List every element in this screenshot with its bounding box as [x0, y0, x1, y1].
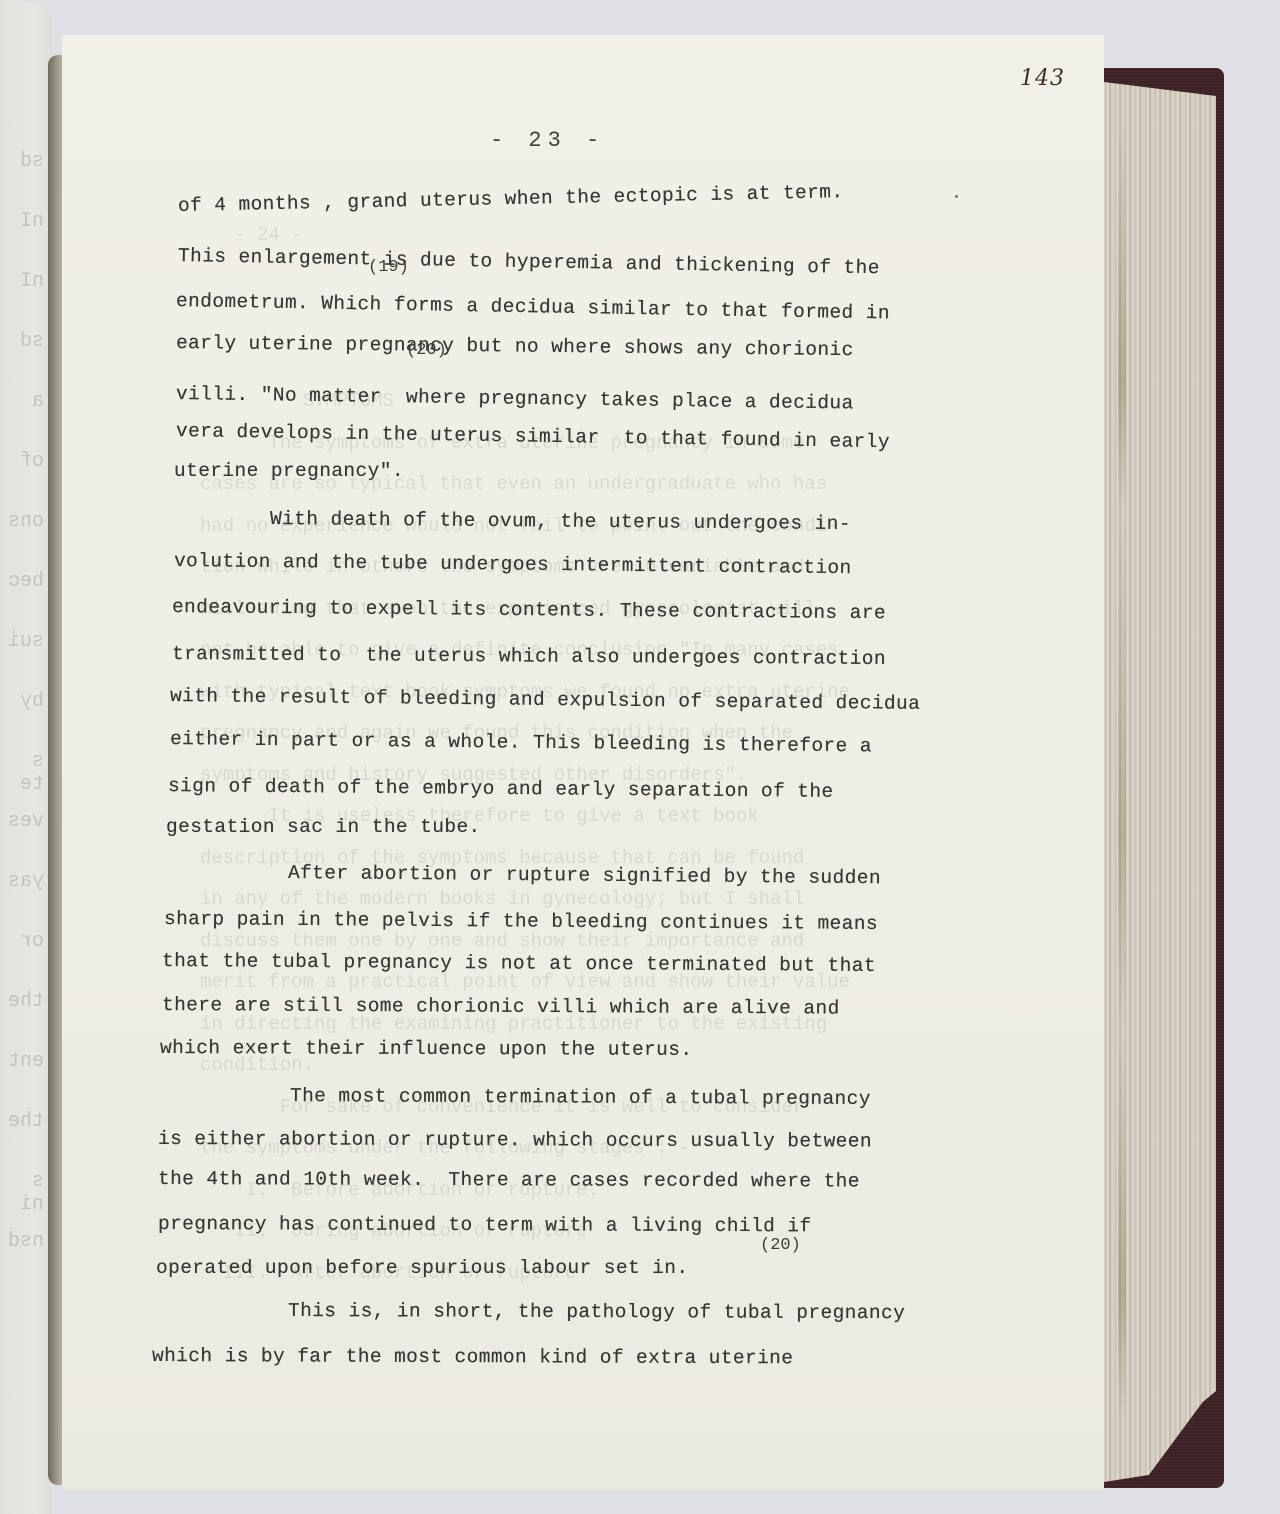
left-page-fragment: nI: [20, 270, 44, 293]
left-page-fragment: or: [20, 930, 44, 953]
left-page-fragment: sui: [8, 630, 44, 653]
left-page-fragment: sd: [20, 330, 44, 353]
left-page-fragment: by: [20, 690, 44, 713]
text-line: pregnancy has continued to term with a l…: [158, 1213, 812, 1237]
left-page-fragment: ent: [8, 1050, 44, 1073]
text-line: which exert their influence upon the ute…: [160, 1037, 693, 1061]
left-page-fragment: nI: [20, 210, 44, 233]
left-page-fragment: of: [20, 450, 44, 473]
text-line: This is, in short, the pathology of tuba…: [288, 1300, 905, 1324]
page-number: - 23 -: [490, 128, 605, 153]
left-page-fragment: the: [8, 990, 44, 1013]
text-line: operated upon before spurious labour set…: [156, 1257, 688, 1279]
left-page-fragment: a: [32, 390, 44, 413]
handwritten-folio-number: 143: [1020, 66, 1065, 91]
ink-speck: [955, 195, 958, 198]
text-line: gestation sac in the tube.: [166, 816, 481, 838]
text-line: uterine pregnancy".: [174, 460, 404, 482]
left-page-fragment: ons: [8, 510, 44, 533]
text-line: is either abortion or rupture. which occ…: [158, 1128, 872, 1152]
previous-leaf-edge: sdnInIsdaofonsbecsuibys tevesyasortheent…: [0, 0, 52, 1514]
footnote-ref: (20): [406, 341, 447, 360]
footnote-ref: (20): [760, 1236, 801, 1255]
left-page-fragment: sd: [20, 150, 44, 173]
text-line: there are still some chorionic villi whi…: [162, 994, 840, 1020]
left-page-fragment: the: [8, 1110, 44, 1133]
left-page-fragment: yas: [8, 870, 44, 893]
text-line: which is by far the most common kind of …: [152, 1345, 793, 1369]
left-page-fragment: s te: [0, 750, 44, 796]
left-page-fragment: nsd: [8, 1230, 44, 1253]
page-fore-edge: [1104, 82, 1216, 1482]
footnote-ref: (19): [368, 258, 409, 277]
left-page-fragment: ves: [8, 810, 44, 833]
text-line: the 4th and 10th week. There are cases r…: [158, 1168, 860, 1192]
left-page-fragment: bec: [8, 570, 44, 593]
text-line: The most common termination of a tubal p…: [290, 1085, 871, 1110]
left-page-fragment: s ni: [0, 1170, 44, 1216]
